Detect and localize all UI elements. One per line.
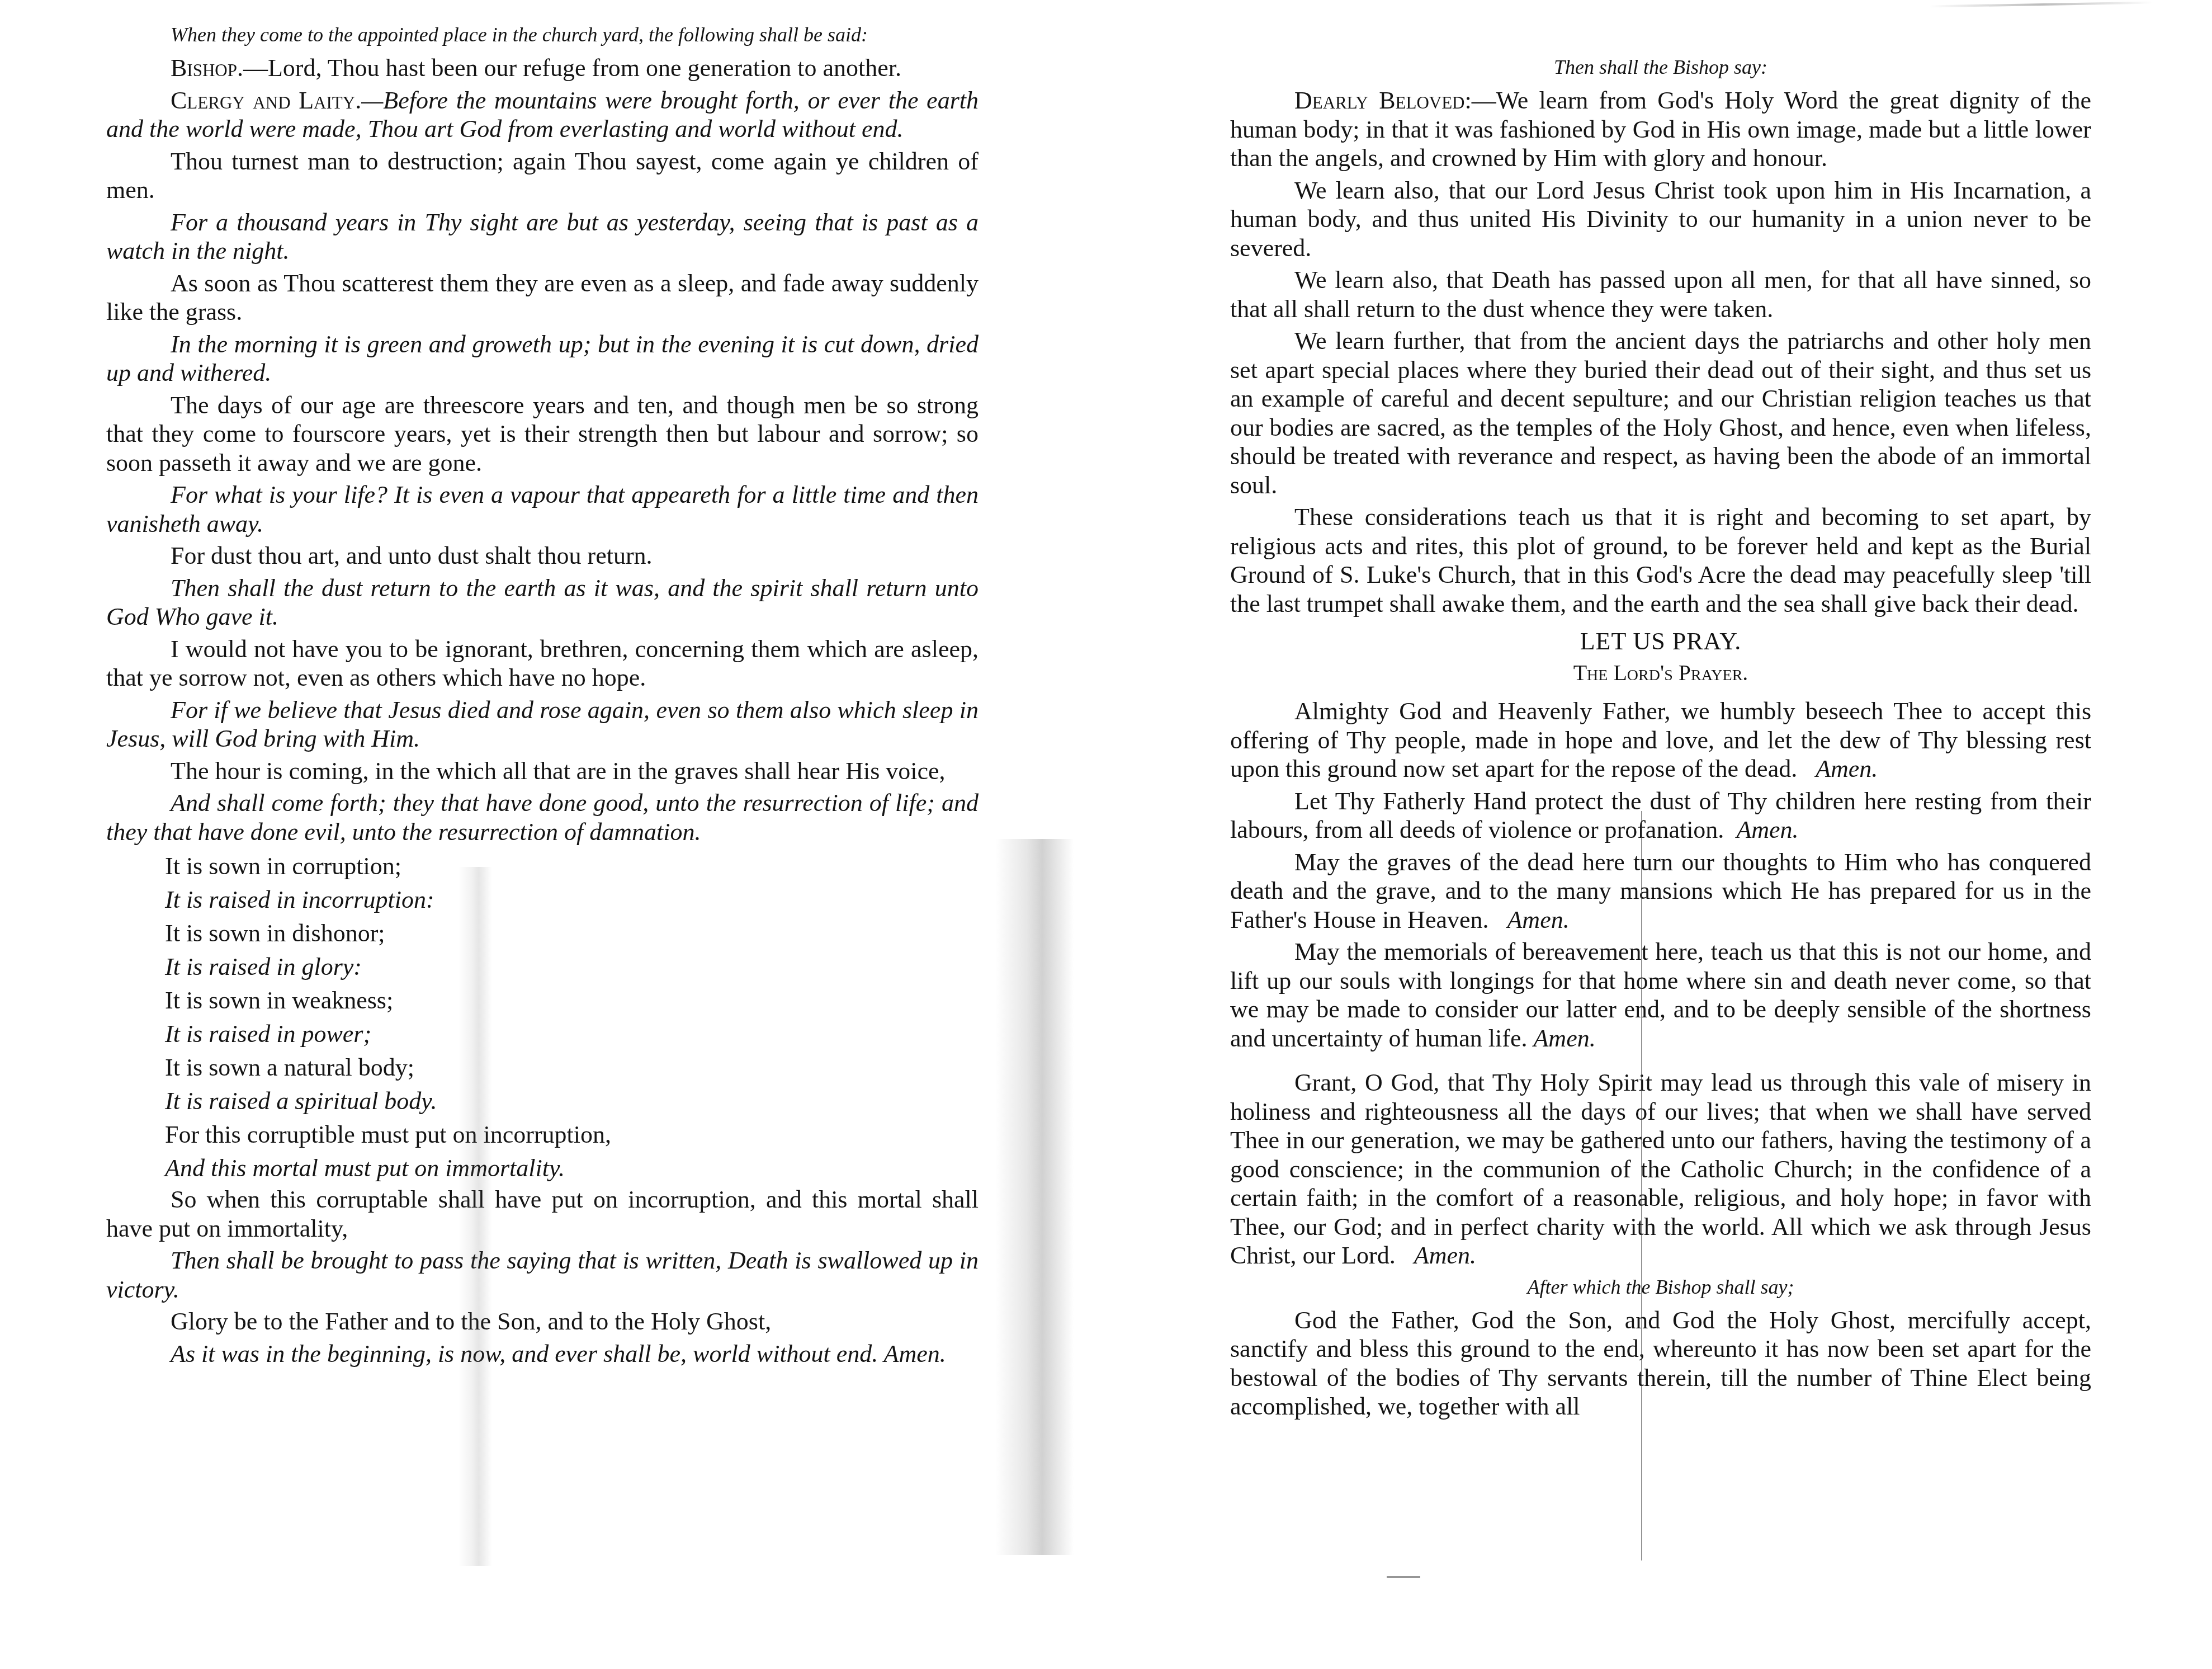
prayer-paragraph: Grant, O God, that Thy Holy Spirit may l… xyxy=(1230,1068,2091,1270)
amen-response: Amen. xyxy=(1533,1025,1595,1052)
verse-line: It is raised a spiritual body. xyxy=(106,1085,979,1118)
sown-raised-verses: It is sown in corruption; It is raised i… xyxy=(106,850,979,1185)
versicle-text: —Lord, Thou hast been our refuge from on… xyxy=(243,54,901,82)
verse-line: For this corruptible must put on incorru… xyxy=(106,1118,979,1152)
verse-line: It is sown in weakness; xyxy=(106,984,979,1017)
paper-crease xyxy=(1641,811,1642,1560)
clergy-response: Clergy and Laity.—Before the mountains w… xyxy=(106,86,979,144)
verse-line: It is sown a natural body; xyxy=(106,1051,979,1085)
section-subheading: The Lord's Prayer. xyxy=(1230,658,2091,687)
psalm-verse: As soon as Thou scatterest them they are… xyxy=(106,269,979,327)
psalm-verse: Thou turnest man to destruction; again T… xyxy=(106,147,979,205)
gloria-patri: Glory be to the Father and to the Son, a… xyxy=(106,1307,979,1336)
prayer-paragraph: Almighty God and Heavenly Father, we hum… xyxy=(1230,697,2091,784)
prayer-text: Grant, O God, that Thy Holy Spirit may l… xyxy=(1230,1069,2091,1269)
verse-line: It is raised in power; xyxy=(106,1017,979,1051)
prayer-text: May the graves of the dead here turn our… xyxy=(1230,848,2091,933)
exhortation-paragraph: We learn further, that from the ancient … xyxy=(1230,327,2091,499)
verse-line: It is sown in dishonor; xyxy=(106,917,979,950)
amen-response: Amen. xyxy=(1816,755,1878,782)
prayer-text: Let Thy Fatherly Hand protect the dust o… xyxy=(1230,788,2091,844)
speaker-label: Bishop. xyxy=(171,54,243,82)
rubric-opening: When they come to the appointed place in… xyxy=(106,21,979,48)
psalm-response: And shall come forth; they that have don… xyxy=(106,789,979,846)
prayer-paragraph: May the graves of the dead here turn our… xyxy=(1230,848,2091,935)
exhortation-paragraph: We learn also, that Death has passed upo… xyxy=(1230,266,2091,323)
prayer-paragraph: May the memorials of bereavement here, t… xyxy=(1230,937,2091,1053)
spacer xyxy=(1230,1056,2091,1068)
prayer-text: May the memorials of bereavement here, t… xyxy=(1230,938,2091,1052)
gloria-response: As it was in the beginning, is now, and … xyxy=(106,1340,979,1369)
exhortation-paragraph: These considerations teach us that it is… xyxy=(1230,503,2091,618)
amen-response: Amen. xyxy=(1736,816,1798,843)
psalm-response: In the morning it is green and groweth u… xyxy=(106,330,979,388)
psalm-verse: For dust thou art, and unto dust shalt t… xyxy=(106,541,979,571)
right-text-column: Then shall the Bishop say: Dearly Belove… xyxy=(1230,54,2091,1425)
closing-verse: So when this corruptable shall have put … xyxy=(106,1185,979,1243)
gutter-shadow xyxy=(995,839,1074,1555)
psalm-response: For what is your life? It is even a vapo… xyxy=(106,480,979,538)
rubric-bishop-say: Then shall the Bishop say: xyxy=(1230,54,2091,81)
right-page: Then shall the Bishop say: Dearly Belove… xyxy=(1106,0,2212,1669)
closing-response: Then shall be brought to pass the saying… xyxy=(106,1246,979,1304)
rubric-after-which: After which the Bishop shall say; xyxy=(1230,1274,2091,1300)
verse-line: And this mortal must put on immortality. xyxy=(106,1152,979,1185)
bishop-versicle: Bishop.—Lord, Thou hast been our refuge … xyxy=(106,54,979,83)
psalm-verse: The hour is coming, in the which all tha… xyxy=(106,757,979,786)
consecration-paragraph: God the Father, God the Son, and God the… xyxy=(1230,1306,2091,1421)
prayer-paragraph: Let Thy Fatherly Hand protect the dust o… xyxy=(1230,787,2091,845)
salutation-label: Dearly Beloved: xyxy=(1294,87,1472,114)
psalm-verse: The days of our age are threescore years… xyxy=(106,391,979,478)
amen-response: Amen. xyxy=(1414,1242,1476,1269)
psalm-verse: I would not have you to be ignorant, bre… xyxy=(106,635,979,692)
left-text-column: When they come to the appointed place in… xyxy=(106,21,979,1371)
psalm-response: For a thousand years in Thy sight are bu… xyxy=(106,208,979,266)
psalm-response: For if we believe that Jesus died and ro… xyxy=(106,696,979,753)
psalm-response: Then shall the dust return to the earth … xyxy=(106,574,979,631)
amen-response: Amen. xyxy=(1507,906,1569,933)
left-page: When they come to the appointed place in… xyxy=(0,0,1106,1669)
exhortation-paragraph: We learn also, that our Lord Jesus Chris… xyxy=(1230,176,2091,263)
prayer-text: Almighty God and Heavenly Father, we hum… xyxy=(1230,697,2091,782)
exhortation-opening: Dearly Beloved:—We learn from God's Holy… xyxy=(1230,86,2091,173)
verse-line: It is sown in corruption; xyxy=(106,850,979,883)
speaker-label: Clergy and Laity. xyxy=(171,87,361,114)
verse-line: It is raised in incorruption: xyxy=(106,883,979,917)
verse-line: It is raised in glory: xyxy=(106,950,979,984)
scan-mark xyxy=(1387,1576,1420,1578)
section-heading: LET US PRAY. xyxy=(1230,627,2091,656)
